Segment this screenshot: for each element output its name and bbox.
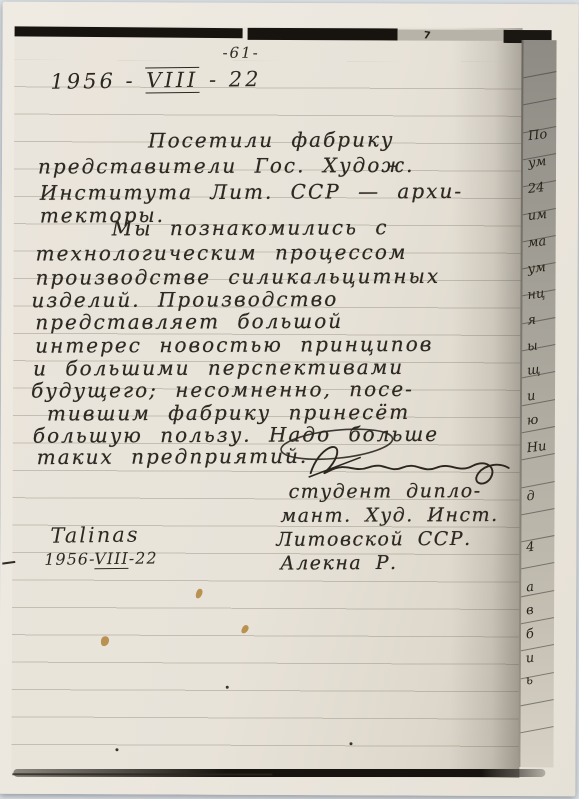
scanned-photograph-background: { "document": { "kind": "photograph of h… — [0, 0, 579, 799]
top-exposure-band-mid — [248, 28, 398, 41]
date-heading: 1956 - VIII - 22 — [50, 67, 261, 94]
handwriting-line: технологическим процессом — [36, 240, 408, 266]
adjacent-page-rule-stub — [518, 616, 556, 625]
bottom-date-year: 1956- — [44, 549, 94, 569]
page-gutter-shadow — [449, 28, 522, 778]
adjacent-page-rule-stub — [518, 698, 556, 707]
date-day: - 22 — [209, 67, 262, 92]
handwritten-text-block: Посетили фабрикупредставители Гос. Худож… — [3, 2, 579, 5]
bottom-date-roman: VIII — [94, 549, 129, 569]
adjacent-page-text-fragment: б — [525, 627, 535, 643]
place-name: Talinas — [50, 523, 139, 548]
adjacent-page-rule-stub — [520, 70, 557, 79]
adjacent-page-rule-stub — [518, 725, 556, 734]
adjacent-page-text-fragment: я — [526, 313, 536, 329]
adjacent-page-text-fragment: щ — [526, 362, 541, 378]
adjacent-page-rule-stub — [518, 534, 556, 543]
handwriting-line: производстве силикальцитных — [35, 264, 440, 290]
adjacent-page-text-fragment: 24 — [527, 180, 545, 197]
signature-caption-line: Алекна Р. — [280, 552, 397, 575]
handwriting-line: будущего; несомненно, посе- — [31, 377, 414, 403]
adjacent-page-text-fragment: им — [527, 207, 548, 224]
adjacent-page-rule-stub — [518, 671, 556, 680]
handwriting-line: Института Лит. ССР — архи- — [40, 179, 463, 205]
adjacent-page-text-fragment: нц — [527, 286, 546, 303]
adjacent-page-text-fragment: в — [525, 603, 534, 619]
adjacent-page-text-fragment: По — [527, 127, 548, 144]
date-year: 1956 - — [50, 69, 136, 94]
adjacent-page-rule-stub — [518, 562, 556, 571]
adjacent-page-strip: Поум24иммаумнцяыщиюНид4авбиь — [518, 40, 556, 767]
date-roman-month: VIII — [145, 67, 199, 94]
adjacent-page-text-fragment: ум — [527, 154, 547, 171]
adjacent-page-text-fragment: ум — [527, 260, 547, 277]
bottom-exposure-line — [12, 773, 272, 775]
handwriting-line: представители Гос. Худож. — [38, 153, 415, 179]
adjacent-page-text-fragment: и — [526, 389, 536, 405]
signature-caption-line: Литовской ССР. — [276, 528, 471, 551]
adjacent-page-rule-stub — [518, 507, 556, 516]
dark-speck — [349, 742, 352, 745]
bottom-date-day: -22 — [129, 548, 158, 567]
adjacent-page-text-fragment: и — [525, 651, 535, 667]
page-number: -61- — [222, 44, 259, 62]
top-exposure-band-left — [15, 26, 243, 38]
signature-caption-line: студент дипло- — [289, 480, 482, 503]
photo-print: 7 Поум24иммаумнцяыщиюНид4авбиь -61- 1956… — [0, 2, 579, 797]
top-band-light-gap: 7 — [398, 29, 504, 40]
adjacent-page-text-fragment: Ни — [526, 439, 547, 456]
dark-speck — [115, 748, 118, 751]
adjacent-page-rule-stub — [520, 97, 557, 106]
signature-caption-line: мант. Худ. Инст. — [280, 504, 498, 527]
adjacent-page-text-fragment: ю — [526, 412, 539, 428]
adjacent-page-text-fragment: ы — [526, 338, 538, 354]
small-ink-mark: 7 — [423, 30, 431, 40]
dark-speck — [226, 686, 229, 689]
handwriting-line: Мы познакомились с — [112, 215, 389, 240]
adjacent-page-text-fragment: д — [526, 489, 536, 505]
handwriting-line: представляет большой — [35, 309, 343, 334]
adjacent-page-rule-stub — [518, 398, 556, 407]
adjacent-page-text-fragment: а — [525, 580, 534, 596]
adjacent-page-text-fragment: ма — [527, 234, 547, 251]
signature-caption-block: студент дипло-мант. Худ. Инст.Литовской … — [3, 2, 579, 5]
adjacent-page-text-fragment: 4 — [526, 540, 536, 556]
handwriting-line: интерес новостью принципов — [35, 332, 433, 358]
bottom-date: 1956-VIII-22 — [44, 548, 157, 568]
adjacent-page-rule-stub — [518, 589, 556, 598]
handwriting-line: Посетили фабрику — [148, 127, 394, 152]
adjacent-page-rule-stub — [519, 316, 557, 325]
adjacent-page-rule-stub — [518, 480, 556, 489]
